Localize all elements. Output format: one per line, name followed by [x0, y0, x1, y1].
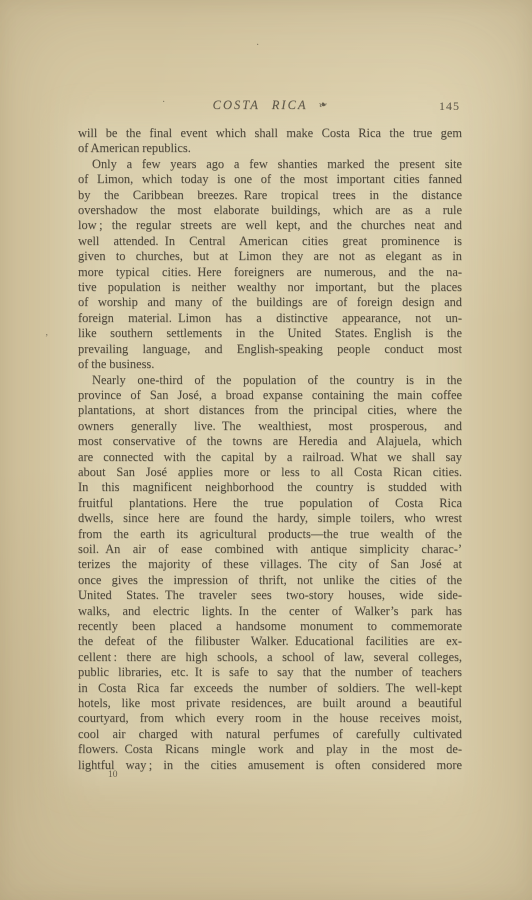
running-head-title: COSTA RICA❧ — [78, 98, 462, 113]
text-line: low ; the regular streets are well kept,… — [78, 218, 462, 233]
text-line: from the earth its agricultural products… — [78, 527, 462, 542]
text-line: owners generally live. The wealthiest, m… — [78, 419, 462, 434]
text-line: courtyard, from which every room in the … — [78, 711, 462, 726]
body-text-block: will be the final event which shall make… — [78, 126, 462, 773]
text-line: hotels, like most private residences, ar… — [78, 696, 462, 711]
text-line: of Limon, which today is one of the most… — [78, 172, 462, 187]
text-line: by the Caribbean breezes. Rare tropical … — [78, 188, 462, 203]
ink-speck: · — [256, 40, 259, 51]
text-line: given to churches, but at Limon they are… — [78, 249, 462, 264]
page-number: 145 — [439, 99, 460, 114]
text-line: In this magnificent neighborhood the cou… — [78, 480, 462, 495]
text-line: of the business. — [78, 357, 462, 372]
text-line: in Costa Rica far exceeds the number of … — [78, 681, 462, 696]
text-line: Only a few years ago a few shanties mark… — [78, 157, 462, 172]
header-title-text: COSTA RICA — [213, 98, 308, 112]
text-line: cool air charged with natural perfumes o… — [78, 727, 462, 742]
text-line: the defeat of the filibuster Walker. Edu… — [78, 634, 462, 649]
text-line: plantations, at short distances from the… — [78, 403, 462, 418]
text-line: well attended. In Central American citie… — [78, 234, 462, 249]
text-line: will be the final event which shall make… — [78, 126, 462, 141]
ink-speck: · — [162, 97, 165, 108]
text-line: of American republics. — [78, 141, 462, 156]
ink-speck: ’ — [45, 333, 48, 344]
text-line: about San José applies more or less to a… — [78, 465, 462, 480]
signature-mark: 10 — [108, 770, 118, 780]
text-line: public libraries, etc. It is safe to say… — [78, 665, 462, 680]
text-line: province of San José, a broad expanse co… — [78, 388, 462, 403]
text-line: lightful way ; in the cities amusement i… — [78, 758, 462, 773]
text-line: of worship and many of the buildings are… — [78, 295, 462, 310]
text-line: prevailing language, and English-speakin… — [78, 342, 462, 357]
text-line: cellent : there are high schools, a scho… — [78, 650, 462, 665]
text-line: dwells, since here are found the hardy, … — [78, 511, 462, 526]
text-line: walks, and electric lights. In the cente… — [78, 604, 462, 619]
text-line: most conservative of the towns are Hered… — [78, 434, 462, 449]
text-line: soil. An air of ease combined with antiq… — [78, 542, 462, 557]
fleuron-ornament-icon: ❧ — [317, 98, 329, 112]
running-head: COSTA RICA❧ 145 — [78, 98, 462, 118]
text-line: are connected with the capital by a rail… — [78, 450, 462, 465]
scanned-page: COSTA RICA❧ 145 will be the final event … — [0, 0, 532, 900]
text-line: once gives the impression of thrift, not… — [78, 573, 462, 588]
text-line: terizes the majority of these villages. … — [78, 557, 462, 572]
text-line: flowers. Costa Ricans mingle work and pl… — [78, 742, 462, 757]
text-line: foreign material. Limon has a distinctiv… — [78, 311, 462, 326]
text-line: Nearly one-third of the population of th… — [78, 373, 462, 388]
text-line: overshadow the most elaborate buildings,… — [78, 203, 462, 218]
text-line: like southern settlements in the United … — [78, 326, 462, 341]
text-line: tive population is neither wealthy nor i… — [78, 280, 462, 295]
text-line: United States. The traveler sees two-sto… — [78, 588, 462, 603]
text-line: fruitful plantations. Here the true popu… — [78, 496, 462, 511]
text-line: recently been placed a handsome monument… — [78, 619, 462, 634]
text-line: more typical cities. Here foreigners are… — [78, 265, 462, 280]
